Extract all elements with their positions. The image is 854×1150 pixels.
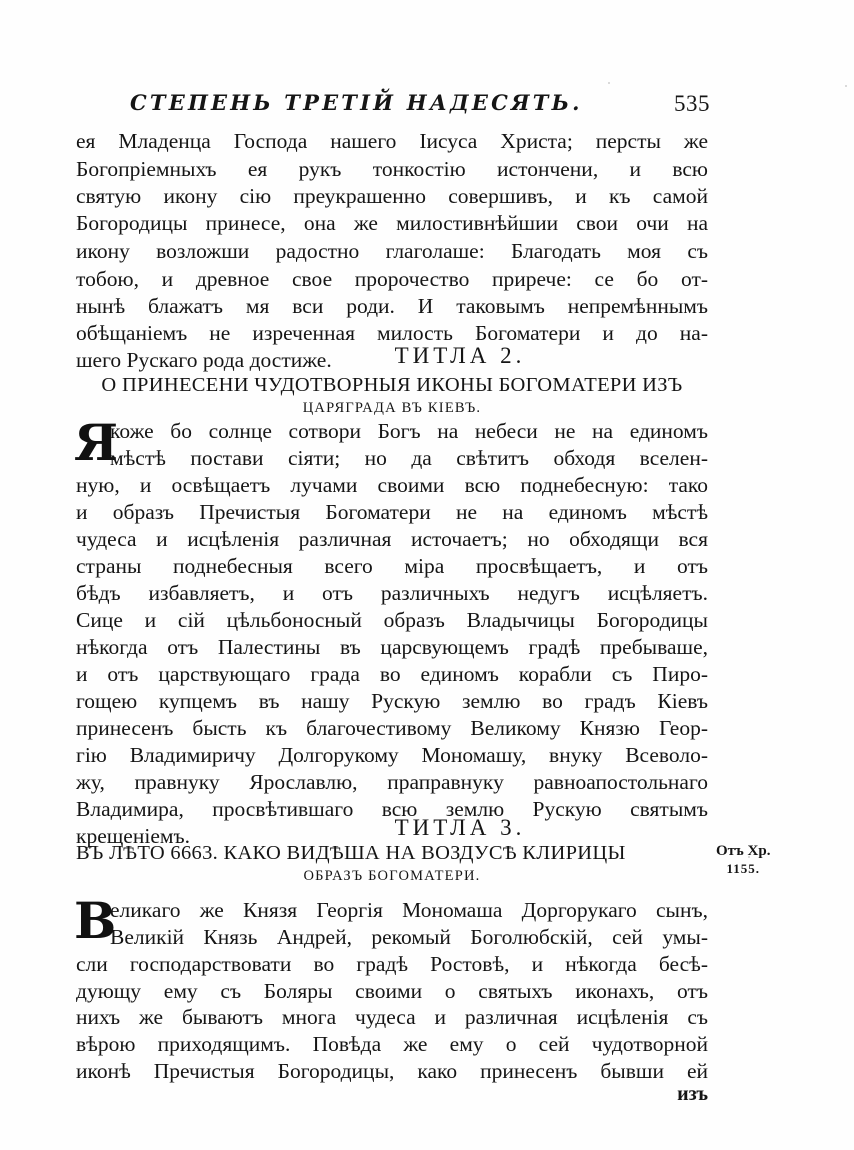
section-subheading: ОБРАЗЪ БОГОМАТЕРИ. — [76, 866, 708, 886]
catchword: изъ — [677, 1082, 708, 1106]
scan-speck — [608, 82, 610, 84]
text-line: нынѣ блажатъ мя вси роди. И таковымъ неп… — [76, 293, 708, 320]
section-number-heading: ТИТЛА 2. — [220, 342, 700, 370]
text-line: мѣстѣ постави сіяти; но да свѣтитъ обход… — [110, 445, 708, 472]
scan-speck — [845, 85, 847, 87]
section-subheading: ЦАРЯГРАДА ВЪ КІЕВЪ. — [76, 398, 708, 418]
margin-note-era: Отъ Хр. — [716, 842, 770, 860]
text-line: и образъ Пречистыя Богоматери не на един… — [76, 499, 708, 526]
text-line: нѣкогда отъ Палестины въ царсвующемъ гра… — [76, 634, 708, 661]
text-line: чудеса и исцѣленія различная источаетъ; … — [76, 526, 708, 553]
section-heading: О ПРИНЕСЕНИ ЧУДОТВОРНЫЯ ИКОНЫ БОГОМАТЕРИ… — [76, 372, 708, 398]
margin-note-year-value: 1155. — [716, 860, 770, 878]
text-line: иконѣ Пречистыя Богородицы, како принесе… — [76, 1058, 708, 1085]
text-line: ную, и освѣщаетъ лучами своими всю подне… — [76, 472, 708, 499]
text-line: Богородицы принесе, она же милостивнѣйши… — [76, 210, 708, 237]
text-line: ея Младенца Господа нашего Іисуса Христа… — [76, 128, 708, 155]
margin-note-year: Отъ Хр. 1155. — [716, 842, 770, 878]
text-line: страны поднебесныя всего міра просвѣщает… — [76, 553, 708, 580]
text-line: жу, правнуку Ярославлю, праправнуку равн… — [76, 769, 708, 796]
book-page: СТЕПЕНЬ ТРЕТІЙ НАДЕСЯТЬ. 535 ея Младенца… — [0, 0, 854, 1150]
section-heading: ВЪ ЛѢТО 6663. КАКО ВИДѢША НА ВОЗДУСѢ КЛИ… — [76, 840, 708, 866]
text-line: Великій Князь Андрей, рекомый Боголюбскі… — [110, 924, 708, 951]
text-line: еликаго же Князя Георгія Мономаша Доргор… — [110, 897, 708, 924]
text-line: Богопріемныхъ ея рукъ тонкостію истончен… — [76, 156, 708, 183]
section-number-heading: ТИТЛА 3. — [220, 814, 700, 842]
text-line: коже бо солнце сотвори Богъ на небеси не… — [110, 418, 708, 445]
text-line: сли господарствовати во градѣ Ростовѣ, и… — [76, 951, 708, 978]
scan-speck — [748, 856, 750, 858]
text-line: вѣрою приходящимъ. Повѣда же ему о сей ч… — [76, 1031, 708, 1058]
text-line: Сице и сій цѣльбоносный образъ Владычицы… — [76, 607, 708, 634]
text-line: нихъ же бываютъ многа чудеса и различная… — [76, 1004, 708, 1031]
text-line: святую икону сію преукрашенно совершивъ,… — [76, 183, 708, 210]
running-head: СТЕПЕНЬ ТРЕТІЙ НАДЕСЯТЬ. 535 — [130, 90, 710, 120]
text-line: гощею купцемъ въ нашу Рускую землю во гр… — [76, 688, 708, 715]
page-number: 535 — [674, 91, 710, 117]
text-line: принесенъ бысть къ благочестивому Велико… — [76, 715, 708, 742]
text-line: бѣдъ избавляетъ, и отъ различныхъ недугъ… — [76, 580, 708, 607]
text-line: гію Владимиричу Долгорукому Мономашу, вн… — [76, 742, 708, 769]
text-line: дующу ему съ Боляры своими о святыхъ ико… — [76, 978, 708, 1005]
scan-speck — [396, 338, 398, 340]
text-line: икону возложши радостно глаголаше: Благо… — [76, 238, 708, 265]
running-head-title: СТЕПЕНЬ ТРЕТІЙ НАДЕСЯТЬ. — [130, 90, 583, 115]
text-line: тобою, и древное свое пророчество приреч… — [76, 266, 708, 293]
text-line: и отъ царствующаго града во единомъ кора… — [76, 661, 708, 688]
